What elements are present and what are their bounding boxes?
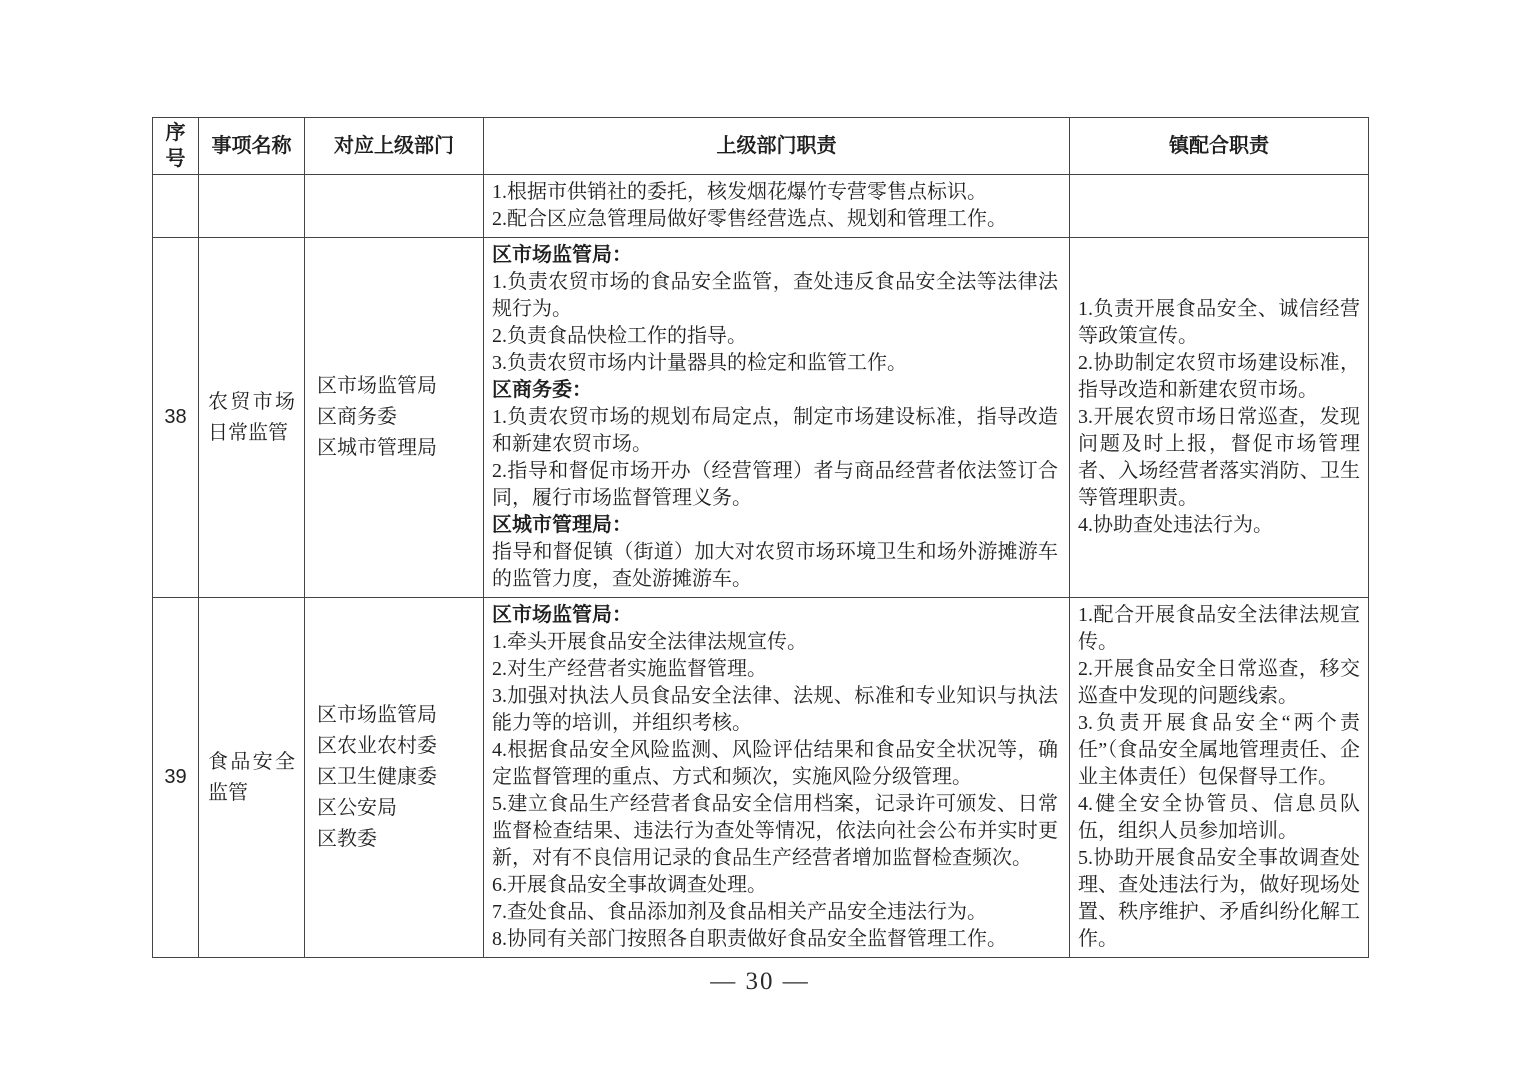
town-duties-cell (1070, 175, 1369, 238)
col-header-item-name: 事项名称 (199, 118, 305, 175)
document-page: 序号 事项名称 对应上级部门 上级部门职责 镇配合职责 1.根据市供销社的委托，… (0, 0, 1520, 1074)
superior-duties-cell: 区市场监管局：1.负责农贸市场的食品安全监管，查处违反食品安全法等法律法规行为。… (484, 238, 1070, 598)
town-duty-item: 4.健全安全协管员、信息员队伍，组织人员参加培训。 (1078, 791, 1360, 845)
item-name-cell (199, 175, 305, 238)
superior-duty-item: 指导和督促镇（街道）加大对农贸市场环境卫生和场外游摊游车的监管力度，查处游摊游车… (492, 539, 1058, 593)
superior-duty-item: 2.负责食品快检工作的指导。 (492, 323, 1058, 350)
department-name: 区公安局 (317, 793, 477, 824)
town-duty-item: 1.配合开展食品安全法律法规宣传。 (1078, 602, 1360, 656)
department-name: 区教委 (317, 824, 477, 855)
department-name: 区城市管理局 (317, 433, 477, 464)
department-name: 区农业农村委 (317, 731, 477, 762)
superior-duty-item: 3.加强对执法人员食品安全法律、法规、标准和专业知识与执法能力等的培训，并组织考… (492, 683, 1058, 737)
town-duty-item: 4.协助查处违法行为。 (1078, 512, 1360, 539)
town-duties-cell: 1.配合开展食品安全法律法规宣传。2.开展食品安全日常巡查，移交巡查中发现的问题… (1070, 598, 1369, 958)
department-heading: 区商务委： (492, 377, 1058, 404)
town-duty-item: 1.负责开展食品安全、诚信经营等政策宣传。 (1078, 296, 1360, 350)
col-header-superior-duties: 上级部门职责 (484, 118, 1070, 175)
item-name-cell: 食品安全监管 (199, 598, 305, 958)
page-number: — 30 — (0, 967, 1520, 997)
duties-table: 序号 事项名称 对应上级部门 上级部门职责 镇配合职责 1.根据市供销社的委托，… (152, 117, 1369, 958)
col-header-departments: 对应上级部门 (305, 118, 484, 175)
town-duty-item: 3.负责开展食品安全“两个责任”（食品安全属地管理责任、企业主体责任）包保督导工… (1078, 710, 1360, 791)
department-name: 区市场监管局 (317, 371, 477, 402)
town-duty-item: 2.协助制定农贸市场建设标准，指导改造和新建农贸市场。 (1078, 350, 1360, 404)
table-header: 序号 事项名称 对应上级部门 上级部门职责 镇配合职责 (153, 118, 1369, 175)
departments-cell: 区市场监管局区农业农村委区卫生健康委区公安局区教委 (305, 598, 484, 958)
town-duty-item: 5.协助开展食品安全事故调查处理、查处违法行为，做好现场处置、秩序维护、矛盾纠纷… (1078, 845, 1360, 953)
row-number-cell: 39 (153, 598, 199, 958)
department-heading: 区城市管理局： (492, 512, 1058, 539)
departments-cell: 区市场监管局区商务委区城市管理局 (305, 238, 484, 598)
department-name: 区商务委 (317, 402, 477, 433)
superior-duty-item: 2.对生产经营者实施监督管理。 (492, 656, 1058, 683)
table-body: 1.根据市供销社的委托，核发烟花爆竹专营零售点标识。2.配合区应急管理局做好零售… (153, 175, 1369, 958)
departments-cell (305, 175, 484, 238)
table-row: 1.根据市供销社的委托，核发烟花爆竹专营零售点标识。2.配合区应急管理局做好零售… (153, 175, 1369, 238)
superior-duties-cell: 1.根据市供销社的委托，核发烟花爆竹专营零售点标识。2.配合区应急管理局做好零售… (484, 175, 1070, 238)
superior-duty-item: 8.协同有关部门按照各自职责做好食品安全监督管理工作。 (492, 926, 1058, 953)
table-row: 39食品安全监管区市场监管局区农业农村委区卫生健康委区公安局区教委区市场监管局：… (153, 598, 1369, 958)
department-name: 区市场监管局 (317, 700, 477, 731)
col-header-index: 序号 (153, 118, 199, 175)
header-row: 序号 事项名称 对应上级部门 上级部门职责 镇配合职责 (153, 118, 1369, 175)
superior-duty-item: 1.根据市供销社的委托，核发烟花爆竹专营零售点标识。 (492, 179, 1058, 206)
department-name: 区卫生健康委 (317, 762, 477, 793)
table-row: 38农贸市场日常监管区市场监管局区商务委区城市管理局区市场监管局：1.负责农贸市… (153, 238, 1369, 598)
superior-duty-item: 5.建立食品生产经营者食品安全信用档案，记录许可颁发、日常监督检查结果、违法行为… (492, 791, 1058, 872)
superior-duty-item: 1.负责农贸市场的规划布局定点，制定市场建设标准，指导改造和新建农贸市场。 (492, 404, 1058, 458)
superior-duties-cell: 区市场监管局：1.牵头开展食品安全法律法规宣传。2.对生产经营者实施监督管理。3… (484, 598, 1070, 958)
row-number-cell (153, 175, 199, 238)
superior-duty-item: 6.开展食品安全事故调查处理。 (492, 872, 1058, 899)
superior-duty-item: 1.负责农贸市场的食品安全监管，查处违反食品安全法等法律法规行为。 (492, 269, 1058, 323)
superior-duty-item: 7.查处食品、食品添加剂及食品相关产品安全违法行为。 (492, 899, 1058, 926)
row-number-cell: 38 (153, 238, 199, 598)
superior-duty-item: 1.牵头开展食品安全法律法规宣传。 (492, 629, 1058, 656)
town-duties-cell: 1.负责开展食品安全、诚信经营等政策宣传。2.协助制定农贸市场建设标准，指导改造… (1070, 238, 1369, 598)
superior-duty-item: 3.负责农贸市场内计量器具的检定和监管工作。 (492, 350, 1058, 377)
superior-duty-item: 2.配合区应急管理局做好零售经营选点、规划和管理工作。 (492, 206, 1058, 233)
town-duty-item: 2.开展食品安全日常巡查，移交巡查中发现的问题线索。 (1078, 656, 1360, 710)
superior-duty-item: 4.根据食品安全风险监测、风险评估结果和食品安全状况等，确定监督管理的重点、方式… (492, 737, 1058, 791)
item-name-cell: 农贸市场日常监管 (199, 238, 305, 598)
col-header-town-duties: 镇配合职责 (1070, 118, 1369, 175)
department-heading: 区市场监管局： (492, 242, 1058, 269)
department-heading: 区市场监管局： (492, 602, 1058, 629)
town-duty-item: 3.开展农贸市场日常巡查，发现问题及时上报，督促市场管理者、入场经营者落实消防、… (1078, 404, 1360, 512)
superior-duty-item: 2.指导和督促市场开办（经营管理）者与商品经营者依法签订合同，履行市场监督管理义… (492, 458, 1058, 512)
